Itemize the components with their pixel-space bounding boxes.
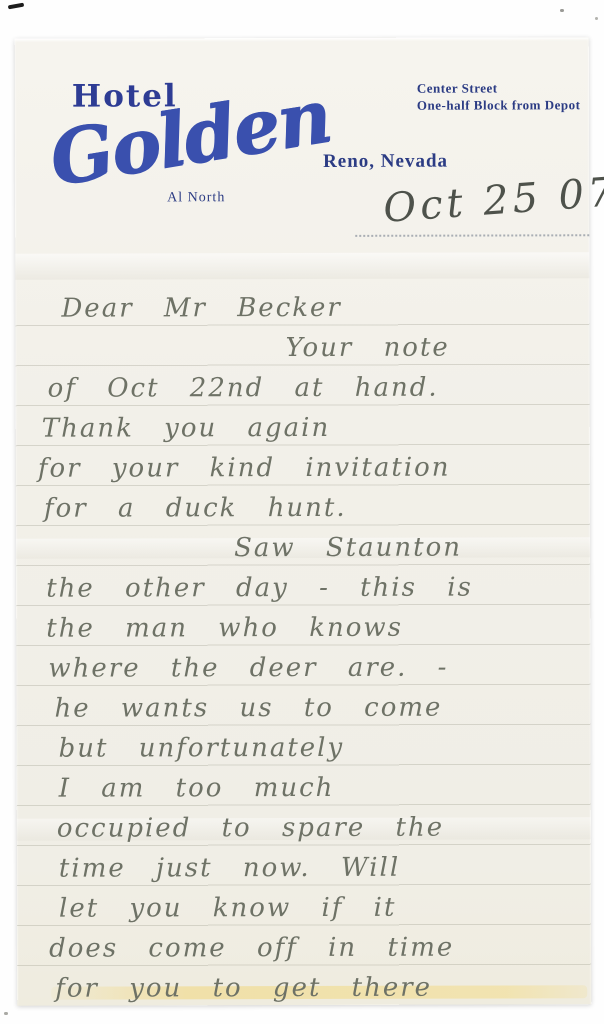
letter-paper: Hotel Golden Al North Center Street One-… [15,37,592,1005]
letterhead-address-line2: One-half Block from Depot [417,96,581,113]
handwriting-line: time just now. Will [59,847,583,888]
handwriting-line: Saw Staunton [234,527,582,568]
letterhead-address-line1: Center Street [417,79,581,96]
letterhead-city: Reno, Nevada [323,151,448,173]
handwriting-line: Your note [285,327,581,368]
date-dotted-line [355,233,589,237]
scan-mark-dash [8,3,24,10]
scan-speck [4,1012,8,1015]
scan-speck [595,17,598,20]
letterhead-address: Center Street One-half Block from Depot [417,79,581,113]
handwriting-line: but unfortunately [59,727,583,768]
handwriting-line: he wants us to come [54,687,582,728]
handwriting-line: I am too much [59,767,583,808]
handwriting-line: of Oct 22nd at hand. [48,367,582,408]
letter-body: Dear Mr Becker Your note of Oct 22nd at … [33,287,583,1008]
letterhead-proprietor: Al North [167,190,225,206]
handwriting-line: for you to get there [55,967,583,1008]
handwriting-line: occupied to spare the [57,807,583,848]
handwriting-line: does come off in time [49,927,583,968]
handwriting-line: where the deer are. - [48,647,582,688]
handwriting-line: for a duck hunt. [44,487,582,528]
handwritten-date: Oct 25 07 [382,169,604,232]
scan-speck [560,9,564,12]
handwriting-line: Thank you again [42,407,582,448]
handwriting-line: Dear Mr Becker [61,287,581,328]
handwriting-line: for your kind invitation [38,447,582,488]
scanned-letter-photo: { "colors": { "paper": "#f2f0e9", "backg… [0,0,604,1024]
paper-crease [15,252,589,280]
handwriting-line: the man who knows [46,607,582,648]
handwriting-line: let you know if it [59,887,583,928]
handwriting-line: the other day - this is [46,567,582,608]
